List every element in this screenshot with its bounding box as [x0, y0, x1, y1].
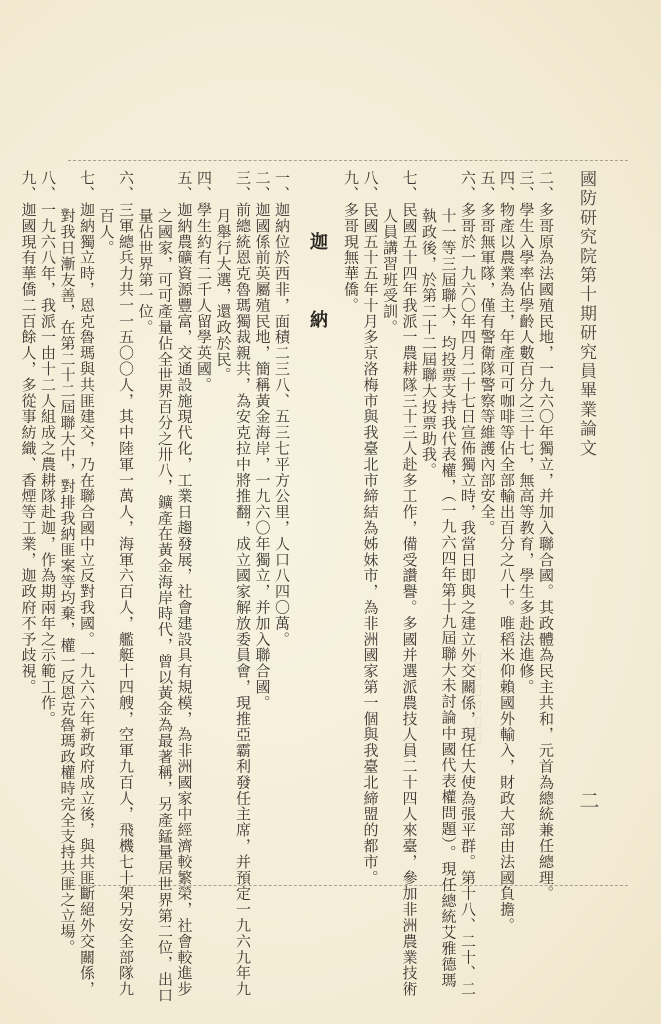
item-number: 九、 — [342, 170, 360, 202]
list-item-line: 七、民國五十四年我派一農耕隊三十三人赴多工作，備受讚譽。多國并選派農技人員二十四… — [400, 170, 419, 997]
item-text: 學生約有二千人留學英國。 — [195, 202, 213, 393]
item-number: 三、 — [234, 170, 252, 202]
item-number: 一、 — [273, 170, 291, 202]
list-item-line: 之國家，可可產量佔全世界百分之卅八，鑛產在黃金海岸時代，曾以黃金為最著稱，另產錳… — [155, 208, 174, 1003]
item-text: 對我日漸友善，在第二十二屆聯大中，對排我納匪案等均棄，權一反恩克魯瑪政權時完全支… — [59, 208, 77, 955]
item-text: 民國五十四年我派一農耕隊三十三人赴多工作，備受讚譽。多國并選派農技人員二十四人來… — [401, 202, 419, 997]
page-number: 二 — [574, 790, 603, 810]
item-text: 迦納位於西非，面積二三八、五三七平方公里，人口八四〇萬。 — [273, 202, 291, 647]
item-number: 七、 — [401, 170, 419, 202]
item-number: 四、 — [498, 170, 516, 202]
item-number: 六、 — [117, 170, 135, 202]
item-number: 五、 — [479, 170, 497, 202]
item-number: 六、 — [459, 170, 477, 202]
list-item-line: 五、多哥無軍隊，僅有警衛隊警察等維護內部安全。 — [478, 170, 497, 536]
top-rule — [68, 160, 628, 161]
item-text: 迦納農礦資源豐富，交通設施現代化，工業日趨發展，社會建設具有規模，為非洲國家中經… — [176, 202, 194, 997]
item-text: 民國五十五年十月多京洛梅市與我臺北市締結為姊妹市，為非洲國家第一個與我臺北締盟的… — [362, 202, 380, 886]
list-item-line: 四、物產以農業為主，年產可可咖啡等佔全部輸出百分之八十。唯稻米仰賴國外輸入，財政… — [497, 170, 516, 933]
item-number: 二、 — [537, 170, 555, 202]
list-item-line: 二、多哥原為法國殖民地，一九六〇年獨立，并加入聯合國。其政體為民主共和，元首為總… — [536, 170, 555, 901]
page-background — [0, 0, 661, 1024]
item-number: 八、 — [39, 170, 57, 202]
item-text: 量佔世界第一位。 — [137, 208, 155, 335]
item-text: 前總統恩克魯瑪獨裁親共，為安克拉中將推翻，成立國家解放委員會，現推亞霸利發任主席… — [234, 202, 252, 997]
list-item-line: 三、前總統恩克魯瑪獨裁親共，為安克拉中將推翻，成立國家解放委員會，現推亞霸利發任… — [233, 170, 252, 997]
item-text: 執政後，於第二十二屆聯大投票助我。 — [420, 208, 438, 478]
item-text: 三軍總兵力共一一五〇〇人，其中陸軍一萬人，海軍六百人，艦艇十四艘，空軍九百人，飛… — [117, 202, 135, 997]
item-text: 多哥無軍隊，僅有警衛隊警察等維護內部安全。 — [479, 202, 497, 536]
list-item-line: 六、多哥於一九六〇年四月二十七日宣佈獨立時，我當日即與之建立外交關係，現任大使為… — [458, 170, 477, 997]
list-item-line: 五、迦納農礦資源豐富，交通設施現代化，工業日趨發展，社會建設具有規模，為非洲國家… — [175, 170, 194, 997]
item-number: 四、 — [195, 170, 213, 202]
item-number: 三、 — [518, 170, 536, 202]
item-text: 迦國係前英屬殖民地，簡稱黃金海岸，一九六〇年獨立，并加入聯合國。 — [254, 202, 272, 711]
list-item-line: 六、三軍總兵力共一一五〇〇人，其中陸軍一萬人，海軍六百人，艦艇十四艘，空軍九百人… — [116, 170, 135, 997]
item-text: 多哥於一九六〇年四月二十七日宣佈獨立時，我當日即與之建立外交關係，現任大使為張平… — [459, 202, 477, 997]
list-item-line: 九、迦國現有華僑二百餘人，多從事紡織、香煙等工業，迦政府不予歧視。 — [19, 170, 38, 695]
item-number: 九、 — [20, 170, 38, 202]
list-item-line: 九、多哥現無華僑。 — [341, 170, 360, 313]
running-title: 國防研究院第十期研究員畢業論文 — [574, 170, 599, 458]
list-item-line: 執政後，於第二十二屆聯大投票助我。 — [419, 208, 438, 478]
item-number: 二、 — [254, 170, 272, 202]
section-title-ghana: 迦納 — [304, 232, 330, 388]
item-number: 五、 — [176, 170, 194, 202]
item-text: 十一等三屆聯大，均投票支持我代表權，（一九六四年第十九屆聯大未討論中國代表權問題… — [440, 208, 458, 988]
item-text: 月舉行大選，還政於民。 — [215, 208, 233, 383]
item-number: 七、 — [78, 170, 96, 202]
list-item-line: 月舉行大選，還政於民。 — [214, 208, 233, 383]
item-text: 之國家，可可產量佔全世界百分之卅八，鑛產在黃金海岸時代，曾以黃金為最著稱，另產錳… — [156, 208, 174, 1003]
item-text: 多哥現無華僑。 — [342, 202, 360, 313]
item-text: 一九六八年，我派一由十二人組成之農耕隊赴迦，作為期兩年之示範工作。 — [39, 202, 57, 727]
item-text: 迦國現有華僑二百餘人，多從事紡織、香煙等工業，迦政府不予歧視。 — [20, 202, 38, 695]
list-item-line: 人員講習班受訓。 — [380, 208, 399, 335]
list-item-line: 七、迦納獨立時，恩克魯瑪與共匪建交，乃在聯合國中立反對我國。一九六六年新政府成立… — [77, 170, 96, 997]
list-item-line: 量佔世界第一位。 — [136, 208, 155, 335]
list-item-line: 四、學生約有二千人留學英國。 — [194, 170, 213, 393]
list-item-line: 百人。 — [97, 208, 116, 256]
list-item-line: 八、民國五十五年十月多京洛梅市與我臺北市締結為姊妹市，為非洲國家第一個與我臺北締… — [361, 170, 380, 886]
item-number: 八、 — [362, 170, 380, 202]
item-text: 物產以農業為主，年產可可咖啡等佔全部輸出百分之八十。唯稻米仰賴國外輸入，財政大部… — [498, 202, 516, 933]
list-item-line: 十一等三屆聯大，均投票支持我代表權，（一九六四年第十九屆聯大未討論中國代表權問題… — [439, 208, 458, 988]
list-item-line: 八、一九六八年，我派一由十二人組成之農耕隊赴迦，作為期兩年之示範工作。 — [38, 170, 57, 727]
item-text: 人員講習班受訓。 — [381, 208, 399, 335]
item-text: 學生入學率佔學齡人數百分之三十七，無高等教育，學生多赴法進修。 — [518, 202, 536, 695]
item-text: 百人。 — [98, 208, 116, 256]
item-text: 迦納獨立時，恩克魯瑪與共匪建交，乃在聯合國中立反對我國。一九六六年新政府成立後，… — [78, 202, 96, 997]
list-item-line: 二、迦國係前英屬殖民地，簡稱黃金海岸，一九六〇年獨立，并加入聯合國。 — [253, 170, 272, 711]
list-item-line: 一、迦納位於西非，面積二三八、五三七平方公里，人口八四〇萬。 — [272, 170, 291, 647]
list-item-line: 三、學生入學率佔學齡人數百分之三十七，無高等教育，學生多赴法進修。 — [517, 170, 536, 695]
item-text: 多哥原為法國殖民地，一九六〇年獨立，并加入聯合國。其政體為民主共和，元首為總統兼… — [537, 202, 555, 902]
list-item-line: 對我日漸友善，在第二十二屆聯大中，對排我納匪案等均棄，權一反恩克魯瑪政權時完全支… — [58, 208, 77, 955]
